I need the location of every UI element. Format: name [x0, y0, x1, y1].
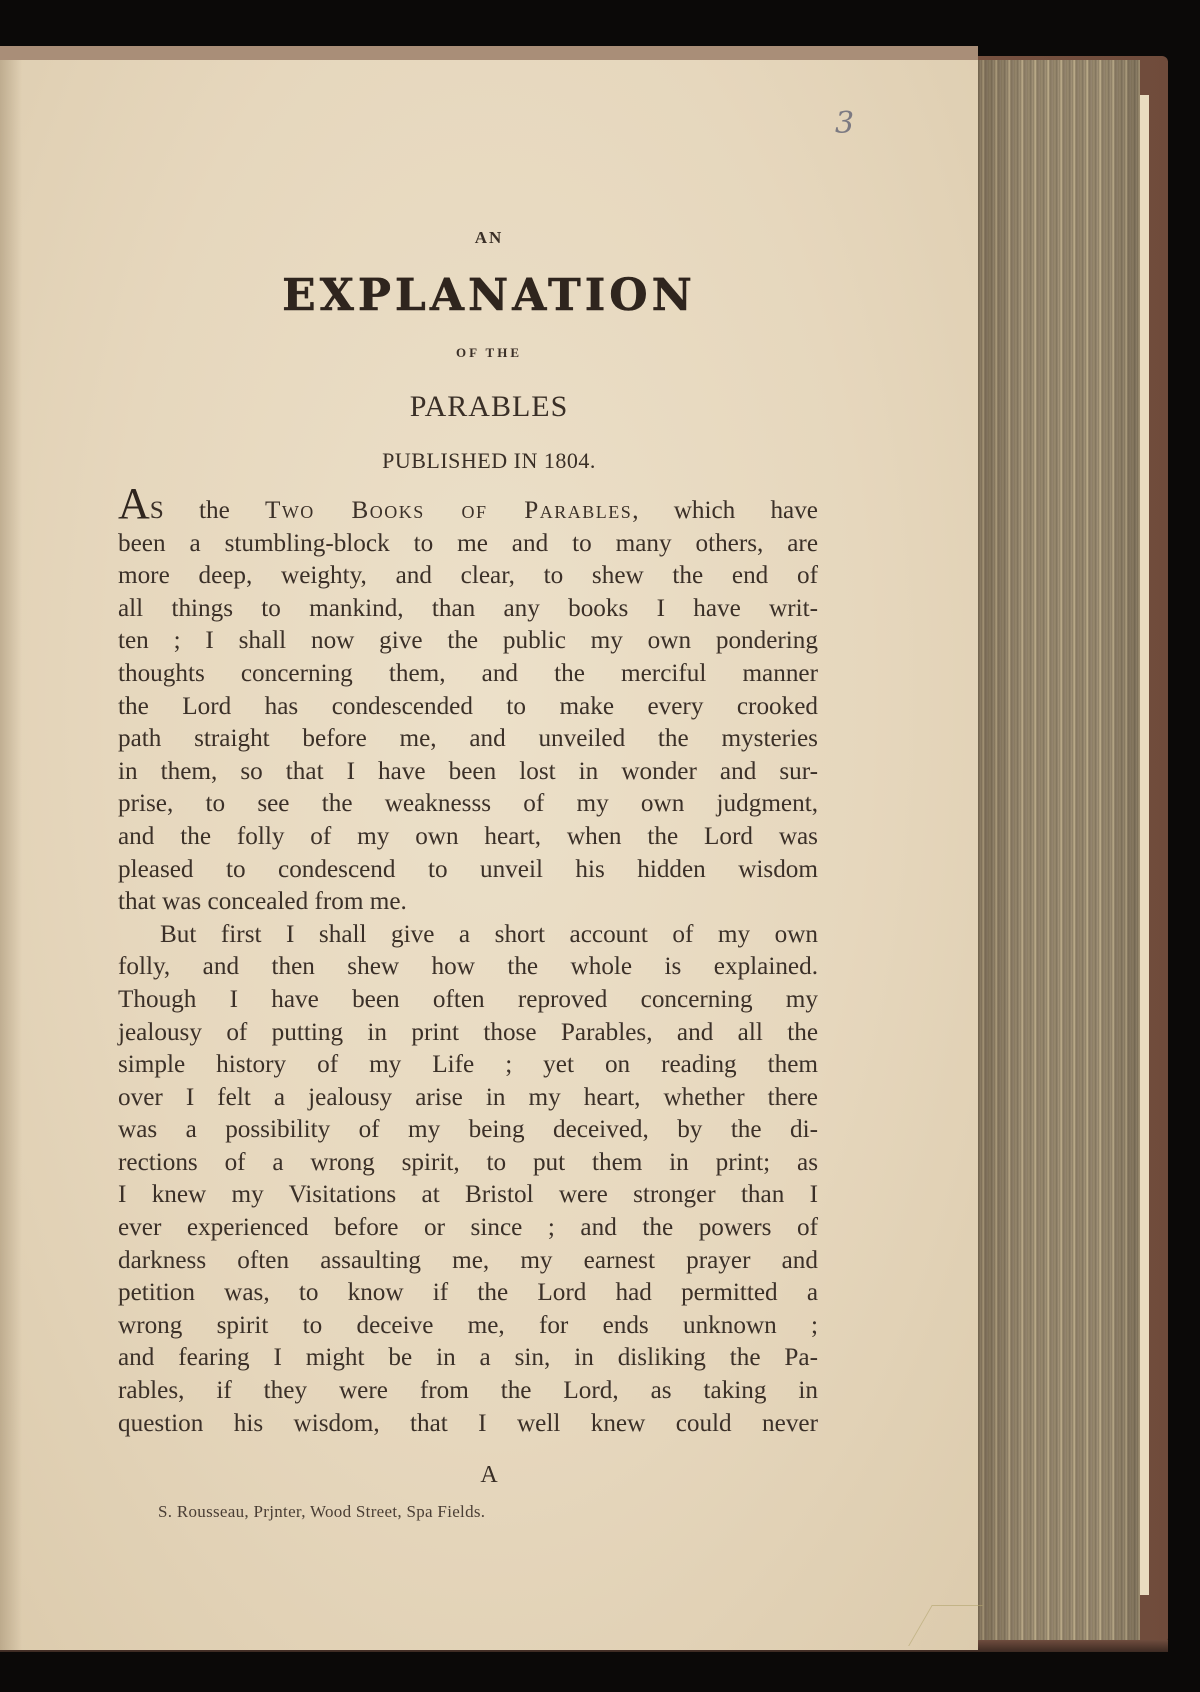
small-caps-title: Two Books of Parables [265, 497, 632, 524]
text-line: and fearing I might be in a sin, in disl… [118, 1342, 818, 1375]
text-line: and the folly of my own heart, when the … [118, 821, 818, 854]
first-line: AS the Two Books of Parables, which have [118, 494, 818, 528]
title-line-an: AN [0, 228, 978, 248]
text-line: petition was, to know if the Lord had pe… [118, 1277, 818, 1310]
text-line: been a stumbling-block to me and to many… [118, 528, 818, 561]
signature-mark: A [0, 1462, 978, 1489]
text-line: over I felt a jealousy arise in my heart… [118, 1082, 818, 1115]
text-line: folly, and then shew how the whole is ex… [118, 951, 818, 984]
text-line: rables, if they were from the Lord, as t… [118, 1375, 818, 1408]
text-line: in them, so that I have been lost in won… [118, 756, 818, 789]
text-line: simple history of my Life ; yet on readi… [118, 1049, 818, 1082]
text-line: thoughts concerning them, and the mercif… [118, 658, 818, 691]
text-line: But first I shall give a short account o… [118, 919, 818, 952]
text-line: wrong spirit to deceive me, for ends unk… [118, 1310, 818, 1343]
printer-imprint: S. Rousseau, Prjnter, Wood Street, Spa F… [158, 1502, 485, 1522]
title-explanation: EXPLANATION [0, 270, 978, 321]
title-of-the: OF THE [0, 345, 978, 361]
text-line: was a possibility of my being deceived, … [118, 1114, 818, 1147]
text-line: path straight before me, and unveiled th… [118, 723, 818, 756]
first-line-end: , which have [632, 497, 818, 524]
page-block-light-edge [1140, 95, 1149, 1595]
text-line: all things to mankind, than any books I … [118, 593, 818, 626]
text-line: rections of a wrong spirit, to put them … [118, 1147, 818, 1180]
text-line: that was concealed from me. [118, 886, 818, 919]
title-published-date: PUBLISHED IN 1804. [0, 448, 978, 474]
text-line: question his wisdom, that I well knew co… [118, 1408, 818, 1441]
text-line: darkness often assaulting me, my earnest… [118, 1245, 818, 1278]
first-line-text: S the [150, 497, 265, 524]
text-line: prise, to see the weaknesss of my own ju… [118, 788, 818, 821]
drop-cap: A [118, 479, 150, 528]
text-line: pleased to condescend to unveil his hidd… [118, 854, 818, 887]
text-line: the Lord has condescended to make every … [118, 691, 818, 724]
pencil-page-number: 3 [835, 106, 854, 141]
page-block-shading [975, 60, 1140, 1640]
text-line: I knew my Visitations at Bristol were st… [118, 1179, 818, 1212]
text-line: ever experienced before or since ; and t… [118, 1212, 818, 1245]
text-line: more deep, weighty, and clear, to shew t… [118, 560, 818, 593]
text-line: Though I have been often reproved concer… [118, 984, 818, 1017]
body-text: AS the Two Books of Parables, which have… [118, 494, 818, 1440]
text-line: jealousy of putting in print those Parab… [118, 1017, 818, 1050]
text-line: ten ; I shall now give the public my own… [118, 625, 818, 658]
title-parables: PARABLES [0, 390, 978, 424]
